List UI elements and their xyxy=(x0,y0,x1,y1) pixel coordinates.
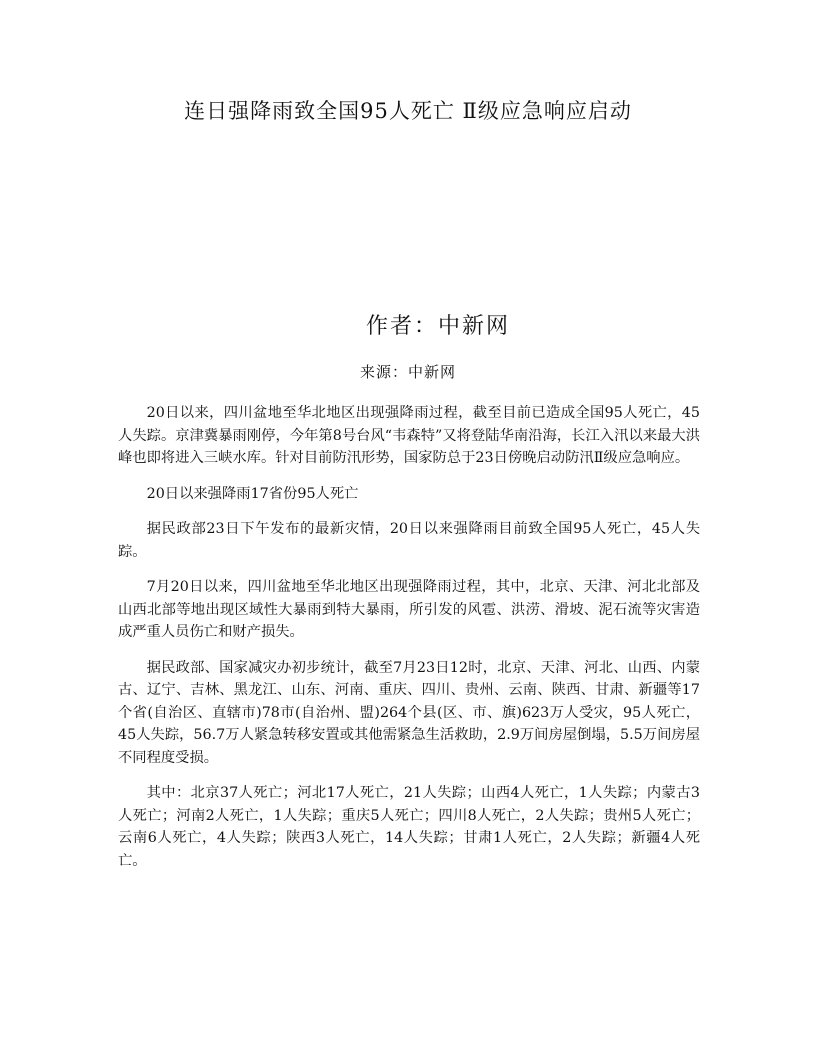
paragraph-intro: 20日以来，四川盆地至华北地区出现强降雨过程，截至目前已造成全国95人死亡，45… xyxy=(118,402,700,470)
article-body: 20日以来，四川盆地至华北地区出现强降雨过程，截至目前已造成全国95人死亡，45… xyxy=(118,402,700,885)
article-title: 连日强降雨致全国95人死亡 Ⅱ级应急响应启动 xyxy=(0,96,816,126)
author-line: 作者：中新网 xyxy=(0,312,816,342)
paragraph-statistics: 据民政部、国家减灾办初步统计，截至7月23日12时，北京、天津、河北、山西、内蒙… xyxy=(118,657,700,770)
paragraph-ministry-report: 据民政部23日下午发布的最新灾情，20日以来强降雨目前致全国95人死亡，45人失… xyxy=(118,518,700,563)
paragraph-subheading: 20日以来强降雨17省份95人死亡 xyxy=(118,483,700,506)
document-page: 连日强降雨致全国95人死亡 Ⅱ级应急响应启动 作者：中新网 来源：中新网 20日… xyxy=(0,0,816,1056)
paragraph-breakdown: 其中：北京37人死亡；河北17人死亡，21人失踪；山西4人死亡，1人失踪；内蒙古… xyxy=(118,782,700,872)
source-line: 来源：中新网 xyxy=(0,361,816,383)
paragraph-rainfall-overview: 7月20日以来，四川盆地至华北地区出现强降雨过程，其中，北京、天津、河北北部及山… xyxy=(118,576,700,644)
